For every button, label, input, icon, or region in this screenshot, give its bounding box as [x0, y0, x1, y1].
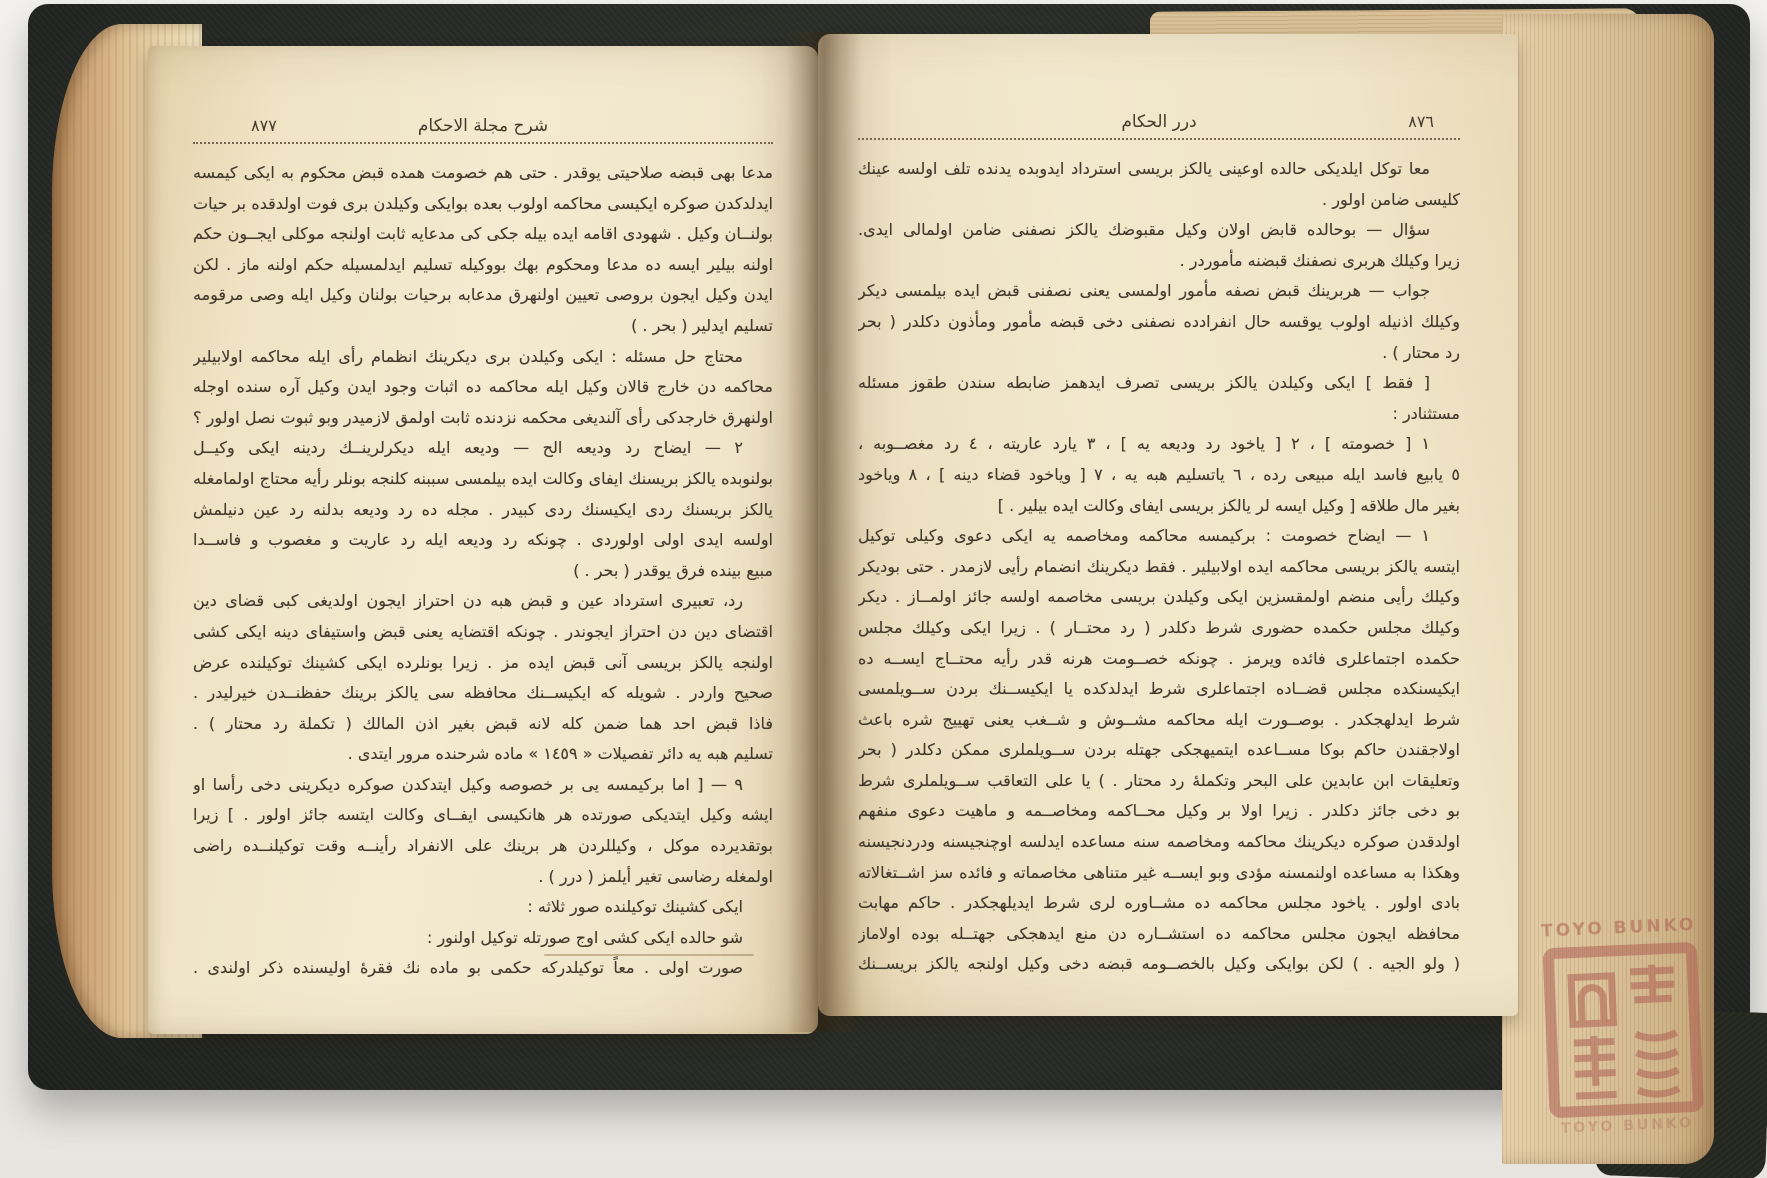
text-line: فاذا قبض احد هما ضمن كله لانه قبض بغير ا… [193, 709, 773, 740]
text-line: وتعليقات ابن عابدين على البحر وتكملهٔ رد… [858, 766, 1460, 797]
text-line: حكمده اجتماعلرى فائده ويرمز . چونكه خصــ… [858, 644, 1460, 675]
toyo-bunko-seal-icon [1542, 941, 1705, 1120]
text-line: بوتقديرده موكل ، وكيللردن هر برينك على ا… [193, 831, 773, 862]
text-line: ١ — ايضاح خصومت : بركيمسه محاكمه ومخاصمه… [858, 521, 1460, 552]
text-line: وكيلك رأيى منضم اولمقسزين ايكى وكيلدن بر… [858, 582, 1460, 613]
text-line: رد محتار ) . [858, 338, 1460, 369]
text-line: مبيع بينده فرق يوقدر ( بحر . ) [193, 556, 773, 587]
text-line: جواب — هربرينك قبض نصفه مأمور اولمسى يعن… [858, 276, 1460, 307]
right-page: ٨٧٦ درر الحكام معا توكل ايلديكى حالده او… [818, 34, 1518, 1016]
text-line: ايتسه يالكز بريسى محاكمه ايده اولابيلير … [858, 552, 1460, 583]
right-page-number: ٨٧٦ [1408, 108, 1434, 136]
text-line: وكيلك اذنيله اولوب يوقسه حال انفرادده نص… [858, 307, 1460, 338]
text-line: اولاجقندن حاكم بوكا مســاعده ايتميهجكى ج… [858, 735, 1460, 766]
text-line: ٥ يابيع فاسد ايله مبيعى رده ، ٦ ياتسليم … [858, 460, 1460, 491]
right-page-text: معا توكل ايلديكى حالده اوعينى يالكز بريس… [858, 154, 1460, 980]
text-line: اولسه ايدى اولى اولوردى . چونكه رد وديعه… [193, 525, 773, 556]
text-line: وكيلك مجلس حكمده حضورى شرط دكلدر ( رد مح… [858, 613, 1460, 644]
text-line: صحيح واردر . شويله كه ايكيســنك محافظه س… [193, 678, 773, 709]
text-line: وهكذا به مساعده اولنمسنه مؤدى وبو ايســه… [858, 858, 1460, 889]
text-line: اولمغله رضاسى تغير أيلمز ( درر ) . [193, 862, 773, 893]
text-line: معا توكل ايلديكى حالده اوعينى يالكز بريس… [858, 154, 1460, 185]
text-line: رد، تعبيرى استرداد عين و قبض هبه دن احتر… [193, 586, 773, 617]
right-running-title: درر الحكام [1121, 112, 1196, 132]
text-line: ٩ — [ اما بركيمسه يى بر خصوصه وكيل ايتدك… [193, 770, 773, 801]
left-page-number: ٨٧٧ [251, 112, 277, 140]
text-line: سؤال — بوحالده قابض اولان وكيل مقبوضك يا… [858, 215, 1460, 246]
text-line: صورت اولى . معاً توكيلدركه حكمى بو ماده … [193, 953, 773, 984]
text-line: شو حالده ايكى كشى اوج صورتله توكيل اولنو… [193, 923, 773, 954]
text-line: اولنه بيلير ايسه ده مدعا ومحكوم بهك بووك… [193, 250, 773, 281]
text-line: اولنهرق خارجدكى رأى آلنديغى محكمه نزدنده… [193, 403, 773, 434]
toyo-bunko-stamp: TOYO BUNKO TOYO BUNKO [1527, 914, 1720, 1178]
text-line: بغير مال طلاقه [ وكيل ايسه لر يالكز بريس… [858, 491, 1460, 522]
text-line: مستثنادر : [858, 399, 1460, 430]
left-running-title: شرح مجلة الاحكام [418, 116, 548, 136]
text-line: يالكز بريسنك ردى ايكيسنك ردى كبيدر . مجل… [193, 495, 773, 526]
right-page-header: ٨٧٦ درر الحكام [858, 108, 1460, 140]
text-line: زيرا وكيلك هربرى نصفنك قبضنه مأموردر . [858, 246, 1460, 277]
text-line: بو دخى جائز دكلدر . زيرا اولا بر وكيل مح… [858, 796, 1460, 827]
text-line: اولدقدن صوكره ديكرينك محاكمه ومخاصمه سنه… [858, 827, 1460, 858]
book-photo: ٨٧٧ شرح مجلة الاحكام مدعا بهى قبضه صلاحي… [0, 0, 1767, 1178]
text-line: ٢ — ايضاح رد وديعه الح — وديعه ايله ديكر… [193, 433, 773, 464]
text-line: ايدن وكيل ايجون بروصى تعيين اولنهرق مدعا… [193, 280, 773, 311]
text-line: محاكمه دن خارج قالان وكيل ايله محاكمه ده… [193, 372, 773, 403]
text-line: ( ولو الجيه . ) لكن بوايكى وكيل بالخصــو… [858, 949, 1460, 980]
text-line: تسليم ايدلير ( بحر . ) [193, 311, 773, 342]
left-page-header: ٨٧٧ شرح مجلة الاحكام [193, 112, 773, 144]
text-line: ايكيسنكده مجلس قضــاده اجتماعلرى شرط ايد… [858, 674, 1460, 705]
text-line: بولنوبده يالكز بريسنك ايفاى وكالت ايده ب… [193, 464, 773, 495]
left-page-text: مدعا بهى قبضه صلاحيتى يوقدر . حتى هم خصو… [193, 158, 773, 984]
text-line: ١ [ خصومته ] ، ٢ [ ياخود رد وديعه يه ] ،… [858, 429, 1460, 460]
text-line: تسليم هبه يه دائر تفصيلات « ١٤٥٩ » ماده … [193, 739, 773, 770]
text-line: اقتضاى دين دن احتراز ايجوندر . چونكه اقت… [193, 617, 773, 648]
text-line: اولنجه يالكز بريسى آنى قبض ايده مز . زير… [193, 648, 773, 679]
text-line: مدعا بهى قبضه صلاحيتى يوقدر . حتى هم خصو… [193, 158, 773, 189]
text-line: [ فقط ] ايكى وكيلدن يالكز بريسى تصرف ايد… [858, 368, 1460, 399]
text-line: بادى اولور . ياخود مجلس محاكمه ده مشــاو… [858, 888, 1460, 919]
text-line: محافظه ايجون مجلس محاكمه ده استشــاره دن… [858, 919, 1460, 950]
text-line: ايدلدكدن صوكره ايكيسى محاكمه اولوب بعده … [193, 189, 773, 220]
text-line: شرط ايدلهجكدر . بوصــورت ايله محاكمه مشـ… [858, 705, 1460, 736]
text-line: بولنــان وكيل . شهودى اقامه ايده بيله جك… [193, 219, 773, 250]
text-line: كليسى ضامن اولور . [858, 185, 1460, 216]
text-line: ايكى كشينك توكيلنده صور ثلاثه : [193, 892, 773, 923]
left-page: ٨٧٧ شرح مجلة الاحكام مدعا بهى قبضه صلاحي… [148, 46, 818, 1034]
pencil-mark [544, 954, 754, 956]
text-line: ايشه وكيل ايتديكى صورتده هر هانكيسى ايفـ… [193, 800, 773, 831]
text-line: محتاج حل مسئله : ايكى وكيلدن برى ديكرينك… [193, 342, 773, 373]
